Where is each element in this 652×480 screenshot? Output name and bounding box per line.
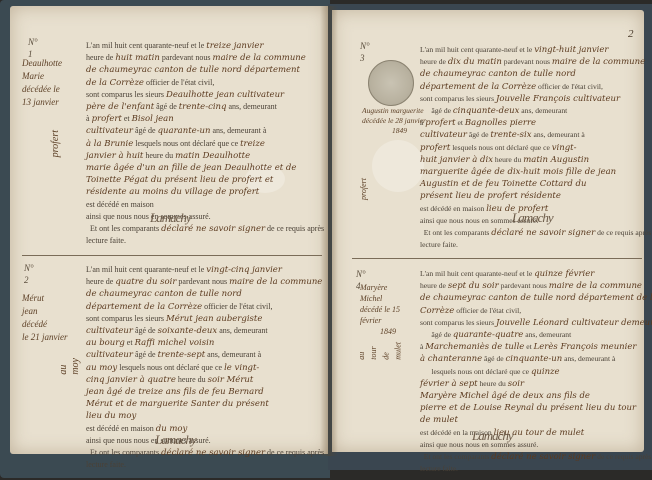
act-line: Maryère Michel âgé de deux ans fils de [420,390,642,402]
handwritten-text: Bagnolles pierre [465,118,536,128]
printed-text: pardevant nous [501,281,547,290]
act-line: lieu du moy [86,410,322,422]
handwritten-text: cinq janvier à quatre [86,375,176,385]
act-line: lecture faite. [86,235,322,247]
handwritten-text: au moy [86,363,117,373]
handwritten-text: département de la Corrèze [420,82,536,92]
vertical-margin-note: profert [358,178,370,200]
act-line: L'an mil huit cent quarante-neuf et le q… [420,268,642,280]
printed-text: et [526,342,531,351]
printed-text: heure de [86,277,113,286]
act-line: ainsi que nous nous en sommes assuré. [86,211,322,223]
handwritten-text: Lerès François meunier [534,342,637,352]
act-line: lesquels nous ont déclaré que ce quinze [420,366,642,378]
printed-text: heure du [479,379,505,388]
margin-line: 13 janvier [22,96,82,109]
printed-text: ans, demeurant [525,330,571,339]
handwritten-text: Marchemaniès de tulle [425,342,524,352]
handwritten-text: père de l'enfant [86,102,154,112]
act-line: de mulet [420,414,642,426]
handwritten-text: Jouvelle François cultivateur [496,94,620,104]
margin-line: Deaulhotte [22,57,82,70]
handwritten-text: déclaré ne savoir signer [491,452,595,462]
margin-line: le 21 janvier [22,331,82,344]
handwritten-text: cultivateur [420,130,467,140]
act-line: âgé de cinquante-deux ans, demeurant [420,105,642,117]
printed-text: de ce requis après [267,224,324,233]
printed-text: Et ont les comparants [90,224,159,233]
printed-text: officier de l'état civil, [456,306,521,315]
act-line: L'an mil huit cent quarante-neuf et le t… [86,40,322,52]
vertical-margin-note: au tour de mulet [356,342,405,360]
handwritten-text: pierre et de Louise Reynal du présent li… [420,403,636,413]
act-line: de chaumeyrac canton de tulle nord [86,288,322,300]
handwritten-text: à la Brunie [86,139,133,149]
handwritten-text: déclaré ne savoir signer [491,228,595,238]
handwritten-text: treize [240,139,265,149]
printed-text: L'an mil huit cent quarante-neuf et le [86,41,204,50]
handwritten-text: cinquante-un [506,354,563,364]
act-line: cultivateur âgé de trente-six ans, demeu… [420,129,642,141]
printed-text: lesquels nous ont déclaré que ce [119,363,222,372]
margin-note: Mérut jean décédé le 21 janvier [22,292,82,344]
act-line: département de la Corrèze officier de l'… [86,301,322,313]
act-line: L'an mil huit cent quarante-neuf et le v… [420,44,642,56]
handwritten-text: cultivateur [86,126,133,136]
act-line: à la Brunie lesquels nous ont déclaré qu… [86,138,322,150]
section-divider [352,258,642,259]
printed-text: âgé de [431,330,451,339]
act-line: Augustin et de feu Toinette Cottard du [420,178,642,190]
handwritten-text: profert [425,118,455,128]
handwritten-text: lieu du moy [86,411,136,421]
handwritten-text: trente-six [490,130,531,140]
handwritten-text: vingt- [552,143,577,153]
printed-text: à [420,342,423,351]
handwritten-text: quatre du soir [115,277,176,287]
handwritten-text: matin Augustin [523,155,589,165]
act-line: à profert et Bisol jean [86,113,322,125]
act-line: Toinette Pégat du présent lieu de profer… [86,174,322,186]
act-line: pierre et de Louise Reynal du présent li… [420,402,642,414]
act-line: Et ont les comparants déclaré ne savoir … [86,223,322,235]
printed-text: heure de [86,53,113,62]
act-line: à chanteranne âgé de cinquante-un ans, d… [420,353,642,365]
handwritten-text: déclaré ne savoir signer [161,224,265,234]
officer-signature: Lamachy [512,212,553,224]
act-line: Et ont les comparants déclaré ne savoir … [86,447,322,459]
printed-text: est décédé en maison [86,200,154,209]
printed-text: et [457,118,462,127]
act-line: marguerite âgée de dix-huit mois fille d… [420,166,642,178]
printed-text: Et ont les comparants [424,452,490,461]
handwritten-text: de chaumeyrac canton de tulle nord [86,289,242,299]
act-line: département de la Corrèze officier de l'… [420,81,642,93]
official-seal-stamp [368,60,414,106]
printed-text: ans, demeurant à [212,126,266,135]
act-line: Mérut et de marguerite Santer du présent [86,398,322,410]
handwritten-text: vingt-cinq janvier [206,265,282,275]
handwritten-text: le vingt- [224,363,259,373]
handwritten-text: Jouvelle Léonard cultivateur demeurant [496,318,652,328]
printed-text: heure du [145,151,173,160]
printed-text: à [86,114,90,123]
act-line: résidente au moins du village de profert [86,186,322,198]
printed-text: pardevant nous [178,277,227,286]
act-line: cultivateur âgé de soixante-deux ans, de… [86,325,322,337]
handwritten-text: quarante-un [158,126,211,136]
act-line: âgé de quarante-quatre ans, demeurant [420,329,642,341]
handwritten-text: trente-sept [158,350,206,360]
handwritten-text: quinze [531,367,560,377]
handwritten-text: résidente au moins du village de profert [86,187,259,197]
act-number: N° 2 [24,262,34,286]
handwritten-text: dix du matin [448,57,502,67]
printed-text: âgé de [431,106,451,115]
handwritten-text: profert [420,143,450,153]
handwritten-text: déclaré ne savoir signer [161,448,265,458]
section-divider [22,255,322,256]
officer-signature: Lamachy [155,434,196,446]
handwritten-text: Mérut et de marguerite Santer du présent [86,399,269,409]
margin-line: décédé [22,318,82,331]
handwritten-text: Toinette Pégat du présent lieu de profer… [86,175,273,185]
vertical-margin-note: profert [50,130,62,157]
handwritten-text: cultivateur [86,326,133,336]
printed-text: sont comparus les sieurs [420,94,494,103]
printed-text: ainsi que nous nous en sommes assuré. [86,212,211,221]
printed-text: heure du [495,155,521,164]
handwritten-text: quinze février [534,269,594,279]
handwritten-text: cultivateur [86,350,133,360]
printed-text: sont comparus les sieurs [86,90,164,99]
act-line: jean âgé de treize ans fils de feu Berna… [86,386,322,398]
printed-text: ans, demeurant [228,102,276,111]
act-line: à Marchemaniès de tulle et Lerès Françoi… [420,341,642,353]
act-line: heure de dix du matin pardevant nous mai… [420,56,642,68]
handwritten-text: marie âgée d'un an fille de jean Deaulho… [86,163,296,173]
act-line: lecture faite. [420,463,642,475]
act-line: lecture faite. [420,239,642,251]
handwritten-text: maire de la commune [213,53,306,63]
handwritten-text: maire de la commune [229,277,322,287]
handwritten-text: Mérut jean aubergiste [166,314,262,324]
act-body: L'an mil huit cent quarante-neuf et le q… [420,268,642,475]
act-line: heure de huit matin pardevant nous maire… [86,52,322,64]
act-line: au moy lesquels nous ont déclaré que ce … [86,362,322,374]
act-line: de chaumeyrac canton de tulle nord dépar… [86,64,322,76]
act-line: cultivateur âgé de trente-sept ans, deme… [86,349,322,361]
printed-text: âgé de [135,326,156,335]
handwritten-text: profert [92,114,122,124]
act-line: ainsi que nous nous en sommes assuré. [420,439,642,451]
act-line: sont comparus les sieurs Deaulhotte jean… [86,89,322,101]
printed-text: lecture faite. [420,464,458,473]
handwritten-text: treize janvier [206,41,263,51]
act-line: présent lieu de profert résidente [420,190,642,202]
handwritten-text: huit janvier à dix [420,155,493,165]
printed-text: ans, demeurant à [564,354,615,363]
printed-text: L'an mil huit cent quarante-neuf et le [420,269,532,278]
printed-text: lesquels nous ont déclaré que ce [452,143,550,152]
handwritten-text: de chaumeyrac canton de tulle nord [420,69,576,79]
printed-text: pardevant nous [162,53,211,62]
printed-text: officier de l'état civil, [146,78,214,87]
handwritten-text: Bisol jean [132,114,174,124]
act-line: est décédé en maison du moy [86,423,322,435]
act-line: Et ont les comparants déclaré ne savoir … [420,227,642,239]
printed-text: pardevant nous [504,57,550,66]
officer-signature: Lamachy [150,212,191,224]
printed-text: et [127,338,133,347]
act-line: janvier à huit heure du matin Deaulhotte [86,150,322,162]
margin-line: jean [22,305,82,318]
embossed-seal [372,140,424,192]
act-line: de la Corrèze officier de l'état civil, [86,77,322,89]
margin-note: Deaulhotte Marie décédée le 13 janvier [22,57,82,109]
handwritten-text: maire de la commune [549,281,642,291]
vertical-margin-note: au moy [58,358,82,375]
printed-text: heure de [420,281,446,290]
printed-text: Et ont les comparants [424,228,490,237]
printed-text: de ce requis après [597,228,651,237]
act-line: heure de quatre du soir pardevant nous m… [86,276,322,288]
act-line: à profert et Bagnolles pierre [420,117,642,129]
printed-text: âgé de [469,130,489,139]
handwritten-text: jean âgé de treize ans fils de feu Berna… [86,387,264,397]
printed-text: officier de l'état civil, [204,302,272,311]
act-line: L'an mil huit cent quarante-neuf et le v… [86,264,322,276]
printed-text: ans, demeurant [521,106,567,115]
printed-text: lesquels nous ont déclaré que ce [135,139,238,148]
handwritten-text: à chanteranne [420,354,482,364]
printed-text: lecture faite. [86,460,126,469]
act-line: ainsi que nous nous en sommes assuré. [86,435,322,447]
handwritten-text: Deaulhotte jean cultivateur [166,90,284,100]
printed-text: officier de l'état civil, [538,82,603,91]
printed-text: sont comparus les sieurs [420,318,494,327]
printed-text: ans, demeurant à [207,350,261,359]
printed-text: heure du [178,375,206,384]
handwritten-text: matin Deaulhotte [175,151,250,161]
act-number: N° 3 [360,40,370,64]
handwritten-text: vingt-huit janvier [534,45,608,55]
handwritten-text: cinquante-deux [453,106,519,116]
margin-line: décédée le [22,83,82,96]
printed-text: ans, demeurant [219,326,267,335]
handwritten-text: soir [508,379,524,389]
page-number: 2 [628,28,634,40]
printed-text: à [420,118,423,127]
handwritten-text: janvier à huit [86,151,143,161]
act-line: cinq janvier à quatre heure du soir Méru… [86,374,322,386]
handwritten-text: maire de la commune [552,57,645,67]
handwritten-text: Corrèze [420,306,454,316]
handwritten-text: trente-cinq [179,102,227,112]
handwritten-text: de mulet [420,415,458,425]
handwritten-text: Augustin et de feu Toinette Cottard du [420,179,586,189]
handwritten-text: de chaumeyrac canton de tulle nord dépar… [420,293,652,303]
register-book: 2 N° 1 Deaulhotte Marie décédée le 13 ja… [0,0,652,480]
handwritten-text: février à sept [420,379,478,389]
printed-text: âgé de [484,354,504,363]
act-line: lecture faite. [86,459,322,471]
handwritten-text: de la Corrèze [86,78,144,88]
act-body: L'an mil huit cent quarante-neuf et le v… [86,264,322,471]
handwritten-text: de chaumeyrac canton de tulle nord dépar… [86,65,300,75]
act-line: Et ont les comparants déclaré ne savoir … [420,451,642,463]
printed-text: sont comparus les sieurs [86,314,164,323]
handwritten-text: marguerite âgée de dix-huit mois fille d… [420,167,616,177]
officer-signature: Lamachy [472,430,513,442]
printed-text: lecture faite. [420,240,458,249]
printed-text: et [124,114,130,123]
printed-text: lecture faite. [86,236,126,245]
act-line: Corrèze officier de l'état civil, [420,305,642,317]
margin-line: Mérut [22,292,82,305]
printed-text: âgé de [156,102,177,111]
act-line: père de l'enfant âgé de trente-cinq ans,… [86,101,322,113]
act-line: sont comparus les sieurs Jouvelle Léonar… [420,317,642,329]
printed-text: L'an mil huit cent quarante-neuf et le [420,45,532,54]
printed-text: est décédé en maison [86,424,154,433]
handwritten-text: soixante-deux [158,326,218,336]
act-line: sont comparus les sieurs Jouvelle Franço… [420,93,642,105]
act-line: au bourg et Raffi michel voisin [86,337,322,349]
act-line: cultivateur âgé de quarante-un ans, deme… [86,125,322,137]
act-body: L'an mil huit cent quarante-neuf et le t… [86,40,322,247]
act-line: est décédé en la maison lieu au tour de … [420,427,642,439]
handwritten-text: Raffi michel voisin [135,338,215,348]
printed-text: lesquels nous ont déclaré que ce [431,367,529,376]
handwritten-text: huit matin [115,53,160,63]
handwritten-text: soir Mérut [208,375,254,385]
act-line: de chaumeyrac canton de tulle nord dépar… [420,292,642,304]
printed-text: de ce requis après [597,452,651,461]
act-line: marie âgée d'un an fille de jean Deaulho… [86,162,322,174]
handwritten-text: au bourg [86,338,125,348]
act-line: huit janvier à dix heure du matin August… [420,154,642,166]
printed-text: est décédé en maison [420,204,484,213]
handwritten-text: sept du soir [448,281,499,291]
printed-text: ans, demeurant à [533,130,584,139]
margin-line: Marie [22,70,82,83]
act-line: sont comparus les sieurs Mérut jean aube… [86,313,322,325]
act-line: heure de sept du soir pardevant nous mai… [420,280,642,292]
printed-text: L'an mil huit cent quarante-neuf et le [86,265,204,274]
handwritten-text: département de la Corrèze [86,302,202,312]
printed-text: heure de [420,57,446,66]
act-line: de chaumeyrac canton de tulle nord [420,68,642,80]
handwritten-text: Maryère Michel âgé de deux ans fils de [420,391,590,401]
printed-text: Et ont les comparants [90,448,159,457]
handwritten-text: quarante-quatre [453,330,523,340]
act-line: profert lesquels nous ont déclaré que ce… [420,142,642,154]
handwritten-text: présent lieu de profert résidente [420,191,561,201]
printed-text: âgé de [135,126,156,135]
printed-text: de ce requis après [267,448,324,457]
act-line: février à sept heure du soir [420,378,642,390]
act-line: est décédé en maison [86,199,322,211]
printed-text: âgé de [135,350,156,359]
